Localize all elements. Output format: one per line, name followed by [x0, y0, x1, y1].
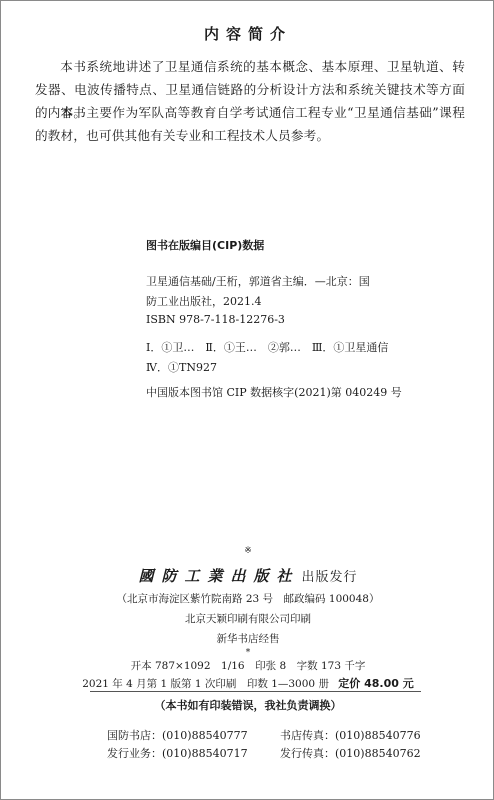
- distributor: 新华书店经售: [1, 631, 494, 646]
- cip-classification-1: Ⅰ．①卫… Ⅱ．①王… ②郭… Ⅲ．①卫星通信: [146, 339, 388, 355]
- separator-star: *: [1, 648, 494, 658]
- contact-bookstore-fax: 书店传真：(010)88540776: [280, 727, 421, 743]
- summary-paragraph-2-text: 本书主要作为军队高等教育自学考试通信工程专业“卫星通信基础”课程的教材，也可供其…: [35, 105, 465, 143]
- cip-verification: 中国版本图书馆 CIP 数据核字(2021)第 040249 号: [146, 384, 402, 400]
- printer: 北京天颖印刷有限公司印刷: [1, 611, 494, 626]
- contact-distribution-fax: 发行传真：(010)88540762: [280, 745, 421, 761]
- copyright-page: 内容简介 本书系统地讲述了卫星通信系统的基本概念、基本原理、卫星轨道、转发器、电…: [0, 0, 494, 800]
- publisher-line: 國防工業出版社出版发行: [1, 565, 494, 586]
- contact-phone: (010)88540762: [335, 747, 421, 760]
- book-specs: 开本 787×1092 1/16 印张 8 字数 173 千字: [1, 658, 494, 673]
- horizontal-rule: [90, 691, 421, 692]
- cip-line-2: 防工业出版社，2021.4: [146, 293, 262, 309]
- publisher-suffix: 出版发行: [302, 570, 358, 585]
- cip-classification-2: Ⅳ．①TN927: [146, 359, 217, 375]
- cip-line-1: 卫星通信基础/王桁，郭道省主编．—北京：国: [146, 273, 370, 289]
- contact-phone: (010)88540717: [162, 747, 248, 760]
- contact-phone: (010)88540776: [335, 729, 421, 742]
- contact-bookstore: 国防书店：(010)88540777: [107, 727, 248, 743]
- cip-isbn: ISBN 978-7-118-12276-3: [146, 313, 285, 326]
- contact-distribution: 发行业务：(010)88540717: [107, 745, 248, 761]
- contact-label: 发行传真：: [280, 747, 335, 760]
- summary-paragraph-2: 本书主要作为军队高等教育自学考试通信工程专业“卫星通信基础”课程的教材，也可供其…: [35, 101, 465, 147]
- publisher-address: （北京市海淀区紫竹院南路 23 号 邮政编码 100048）: [1, 591, 494, 606]
- price: 定价 48.00 元: [338, 677, 413, 690]
- cip-heading: 图书在版编目(CIP)数据: [146, 237, 264, 253]
- contact-label: 国防书店：: [107, 729, 162, 742]
- edition-info: 2021 年 4 月第 1 版第 1 次印刷 印数 1—3000 册: [82, 678, 329, 690]
- publisher-logo: 國防工業出版社: [138, 567, 299, 585]
- replacement-notice: （本书如有印装错误，我社负责调换）: [1, 697, 494, 713]
- separator-symbol: ※: [1, 546, 494, 556]
- summary-title: 内容简介: [1, 23, 494, 44]
- contact-label: 发行业务：: [107, 747, 162, 760]
- contact-phone: (010)88540777: [162, 729, 248, 742]
- contact-label: 书店传真：: [280, 729, 335, 742]
- edition-line: 2021 年 4 月第 1 版第 1 次印刷 印数 1—3000 册 定价 48…: [1, 675, 494, 691]
